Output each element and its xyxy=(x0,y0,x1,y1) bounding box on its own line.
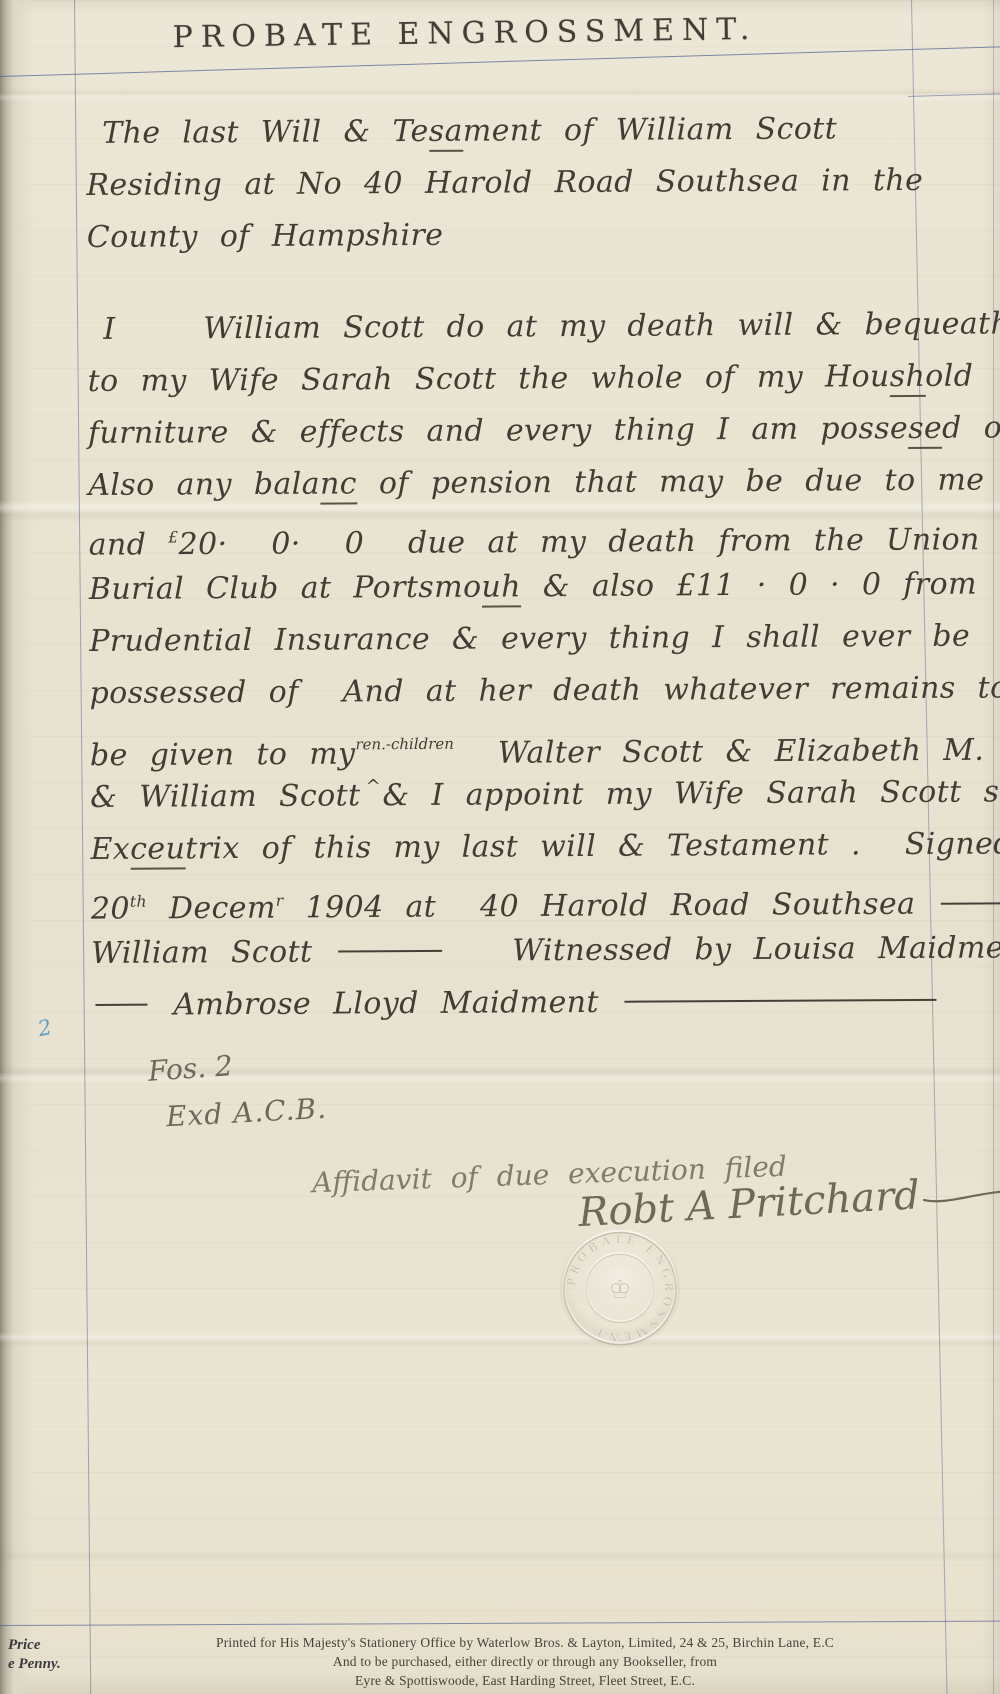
imprint-footer: Printed for His Majesty's Stationery Off… xyxy=(70,1633,980,1690)
manuscript-line: Prudential Insurance & every thing I sha… xyxy=(89,611,945,668)
header-rule-line-right xyxy=(908,93,1000,97)
paper-crease xyxy=(0,1550,1000,1562)
price-label: Pricee Penny. xyxy=(8,1636,61,1674)
manuscript-text: Ambrose Lloyd Maidment xyxy=(151,985,621,1023)
manuscript-line: Ambrose Lloyd Maidment xyxy=(91,975,947,1032)
price-line1: Price xyxy=(8,1637,40,1653)
manuscript-text: sa xyxy=(429,114,463,152)
manuscript-text: 20 xyxy=(91,891,130,926)
manuscript-text: furniture & effects and every thing I am… xyxy=(88,411,908,451)
embossed-probate-seal-icon: PROBATE ENGROSSMENT ♔ xyxy=(552,1220,688,1356)
interlinear-insertion: ren.-children^ xyxy=(355,718,454,781)
handwritten-dash xyxy=(941,902,1000,905)
manuscript-text: uh xyxy=(481,569,521,607)
manuscript-text: & William Scott & I appoint my Wife Sara… xyxy=(90,774,1000,815)
manuscript-paragraph: I William Scott do at my death will & be… xyxy=(87,299,947,1032)
manuscript-text: County of Hampshire xyxy=(87,218,444,255)
aged-paper-page: PROBATE ENGROSSMENT. The last Will & Tes… xyxy=(0,0,1000,1694)
manuscript-text: ceu xyxy=(130,831,185,869)
manuscript-text: & also £11 · 0 · 0 from the xyxy=(521,566,1000,604)
handwritten-dash xyxy=(95,1004,147,1006)
imprint-line-1: Printed for His Majesty's Stationery Off… xyxy=(70,1633,980,1652)
manuscript-line: Exceutrix of this my last will & Testame… xyxy=(90,819,946,876)
folio-note: Fos. 2 xyxy=(147,1049,234,1088)
manuscript-text: sh xyxy=(890,359,926,397)
manuscript-text: to my Wife Sarah Scott the whole of my H… xyxy=(88,359,890,399)
handwritten-dash xyxy=(625,999,937,1003)
signature-flourish xyxy=(921,1178,1000,1212)
manuscript-text: Prudential Insurance & every thing I sha… xyxy=(89,619,970,659)
manuscript-line: Also any balanc of pension that may be d… xyxy=(88,455,944,512)
manuscript-text: £ xyxy=(168,528,178,546)
manuscript-text: r xyxy=(276,892,284,910)
manuscript-text: 1904 at 40 Harold Road Southsea xyxy=(284,887,938,926)
page-title: PROBATE ENGROSSMENT. xyxy=(0,10,930,58)
manuscript-text: se xyxy=(908,411,942,449)
paper-crease xyxy=(0,1332,1000,1348)
handwritten-dash xyxy=(338,950,442,953)
footer-rule-line xyxy=(0,1621,1000,1626)
manuscript-text: nc xyxy=(320,466,357,504)
manuscript-text: d of xyxy=(942,410,1000,445)
manuscript-text: Decem xyxy=(147,891,276,927)
examined-note: Exd A.C.B. xyxy=(165,1092,327,1133)
manuscript-text: trix of this my last will & Testament . … xyxy=(185,826,1000,866)
caret-mark: ^ xyxy=(366,778,382,796)
manuscript-text: Walter Scott & Elizabeth M. Cobby xyxy=(454,732,1000,771)
manuscript-line: furniture & effects and every thing I am… xyxy=(88,403,944,460)
manuscript-text: and xyxy=(89,527,169,562)
manuscript-text: 20· 0· 0 due at my death from the Union xyxy=(178,522,979,562)
manuscript-line: I William Scott do at my death will & be… xyxy=(87,299,943,356)
crown-icon: ♔ xyxy=(608,1275,631,1304)
manuscript-text: Burial Club at Portsmo xyxy=(89,570,482,607)
manuscript-text: Witnessed by Louisa Maidment xyxy=(446,930,1000,969)
manuscript-text: be given to my xyxy=(90,737,356,774)
manuscript-text: The last Will & Te xyxy=(102,114,429,151)
manuscript-line: possessed of And at her death whatever r… xyxy=(89,663,945,720)
manuscript-line: 20th Decemr 1904 at 40 Harold Road South… xyxy=(91,871,947,928)
manuscript-text: Ex xyxy=(90,832,130,867)
manuscript-line: William Scott Witnessed by Louisa Maidme… xyxy=(91,923,947,980)
manuscript-text: old xyxy=(925,359,973,394)
imprint-line-3: Eyre & Spottiswoode, East Harding Street… xyxy=(70,1671,980,1690)
insertion-text: ren.-children xyxy=(355,735,454,754)
manuscript-line: Burial Club at Portsmouh & also £11 · 0 … xyxy=(89,559,945,616)
price-line2: e Penny. xyxy=(8,1656,61,1672)
manuscript-line: and £20· 0· 0 due at my death from the U… xyxy=(88,507,944,564)
paper-crease xyxy=(0,88,1000,102)
manuscript-line: to my Wife Sarah Scott the whole of my H… xyxy=(88,351,944,408)
imprint-line-2: And to be purchased, either directly or … xyxy=(70,1652,980,1671)
manuscript-line: & William Scott & I appoint my Wife Sara… xyxy=(90,767,946,824)
manuscript-text: of pension that may be due to me xyxy=(357,463,985,502)
manuscript-paragraph: The last Will & Tesament of William Scot… xyxy=(86,103,943,264)
manuscript-text: possessed of And at her death whatever r… xyxy=(89,670,1000,711)
manuscript-line: County of Hampshire xyxy=(87,207,943,264)
manuscript-text: th xyxy=(130,893,147,911)
manuscript-text: ment of William Scott xyxy=(463,111,838,148)
manuscript-text: William Scott xyxy=(91,934,334,970)
manuscript-text: I William Scott do at my death will & be… xyxy=(103,306,1000,347)
manuscript-line: be given to myren.-children^ Walter Scot… xyxy=(90,715,946,772)
manuscript-line: The last Will & Tesament of William Scot… xyxy=(86,103,942,160)
margin-annotation: 2 xyxy=(36,1015,54,1041)
manuscript-text: Also any bala xyxy=(88,467,320,503)
manuscript-line: Residing at No 40 Harold Road Southsea i… xyxy=(86,155,942,212)
manuscript-text: Residing at No 40 Harold Road Southsea i… xyxy=(86,163,923,203)
manuscript: The last Will & Tesament of William Scot… xyxy=(86,103,948,1032)
